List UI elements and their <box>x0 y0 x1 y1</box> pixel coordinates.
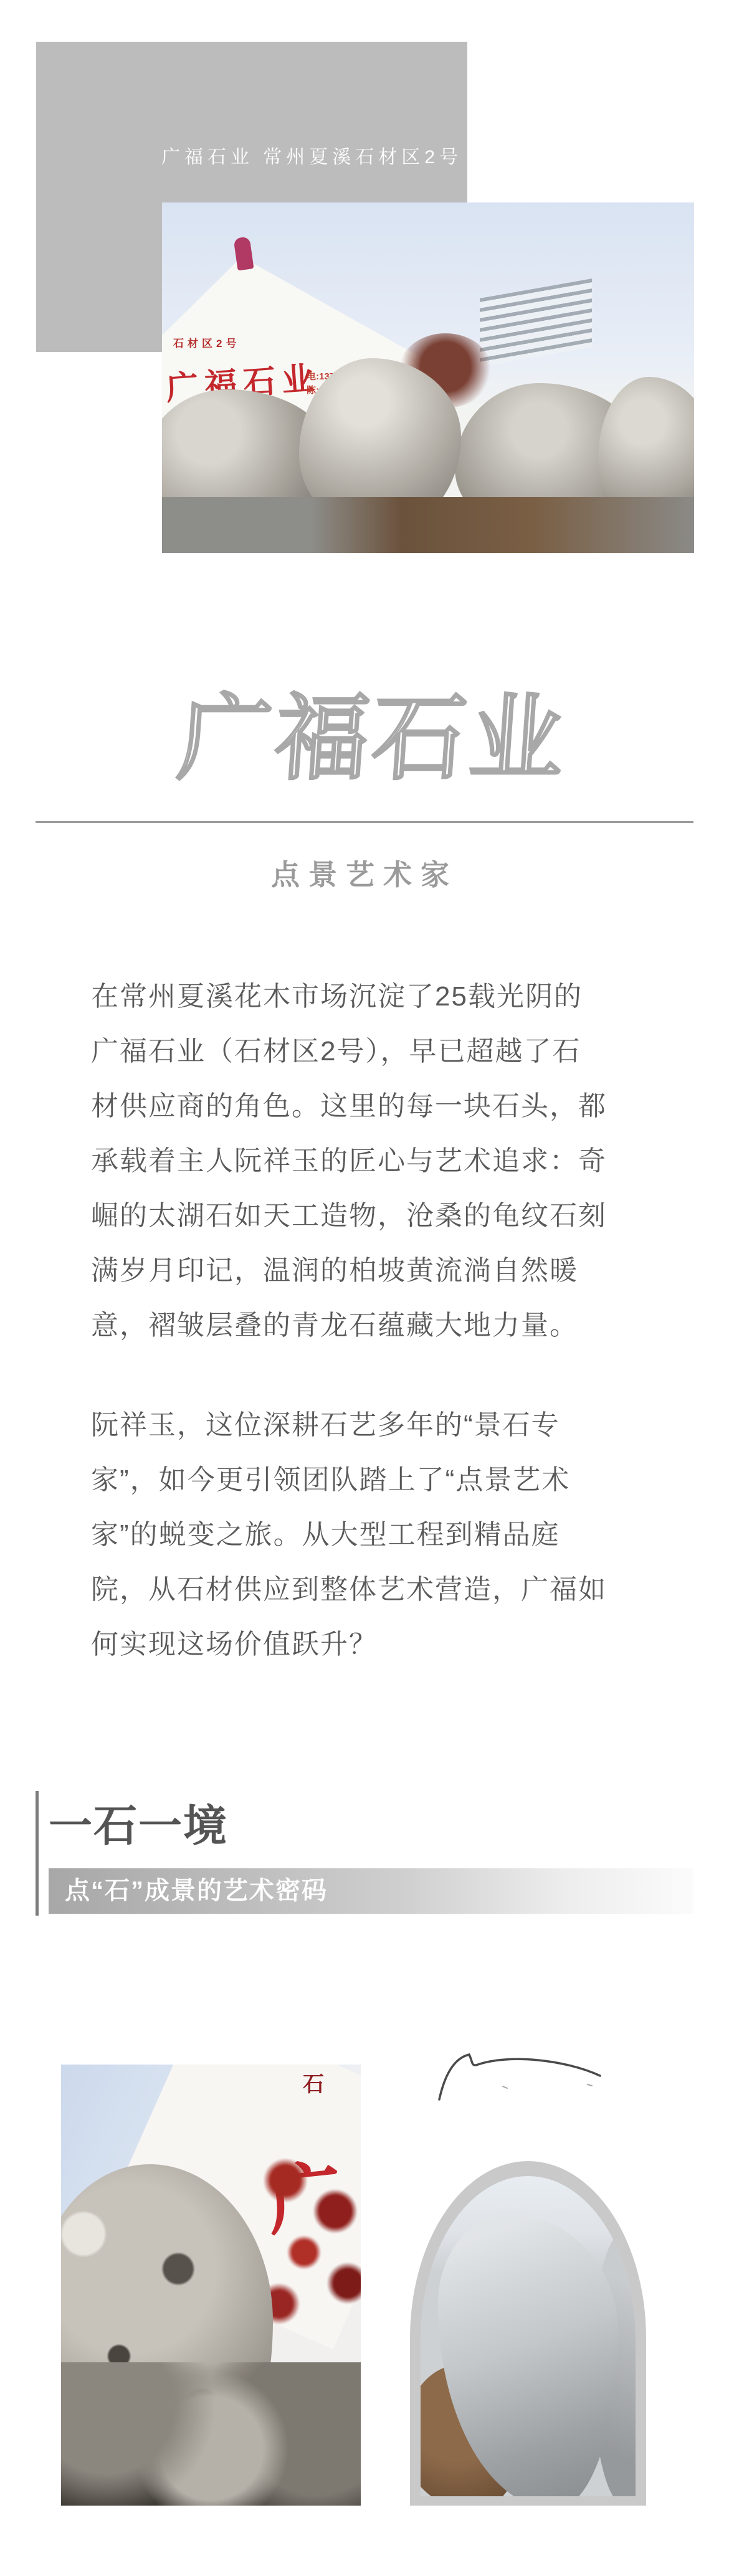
wall-character-small: 石 <box>303 2067 324 2098</box>
section-heading: 一石一境 <box>49 1804 228 1848</box>
section-tagline-bar: 点“石”成景的艺术密码 <box>49 1868 693 1914</box>
ground-graphic <box>162 497 694 553</box>
section-tagline-text: 点“石”成景的艺术密码 <box>65 1868 328 1914</box>
bottom-rocks-graphic <box>61 2362 361 2506</box>
swoosh-decoration-icon <box>433 2051 620 2101</box>
article-paragraph-2: 阮祥玉，这位深耕石艺多年的“景石专 家”，如今更引领团队踏上了“点景艺术 家”的… <box>91 1398 641 1672</box>
article-page: 广福石业 常州夏溪石材区2号 石材区2号 广福石业 电:13776851371 … <box>0 0 729 2576</box>
article-paragraph-1: 在常州夏溪花木市场沉淀了25载光阴的 广福石业（石材区2号），早已超越了石 材供… <box>91 969 641 1353</box>
hero-photo[interactable]: 石材区2号 广福石业 电:13776851371 陈:15251 <box>162 202 694 553</box>
header-address-text: 广福石业 常州夏溪石材区2号 <box>161 141 462 169</box>
arch-photo <box>421 2176 636 2496</box>
brand-subtitle: 点景艺术家 <box>0 852 729 893</box>
gallery-photo-left[interactable]: 石 广 <box>61 2065 361 2506</box>
building-sign-small: 石材区2号 <box>173 335 240 350</box>
gallery-photo-arch-frame[interactable] <box>410 2161 646 2506</box>
brand-title-outline: 广福石业 <box>174 688 580 789</box>
horizontal-divider <box>36 821 693 823</box>
fence-graphic <box>480 278 592 367</box>
section-left-bar <box>36 1791 39 1916</box>
